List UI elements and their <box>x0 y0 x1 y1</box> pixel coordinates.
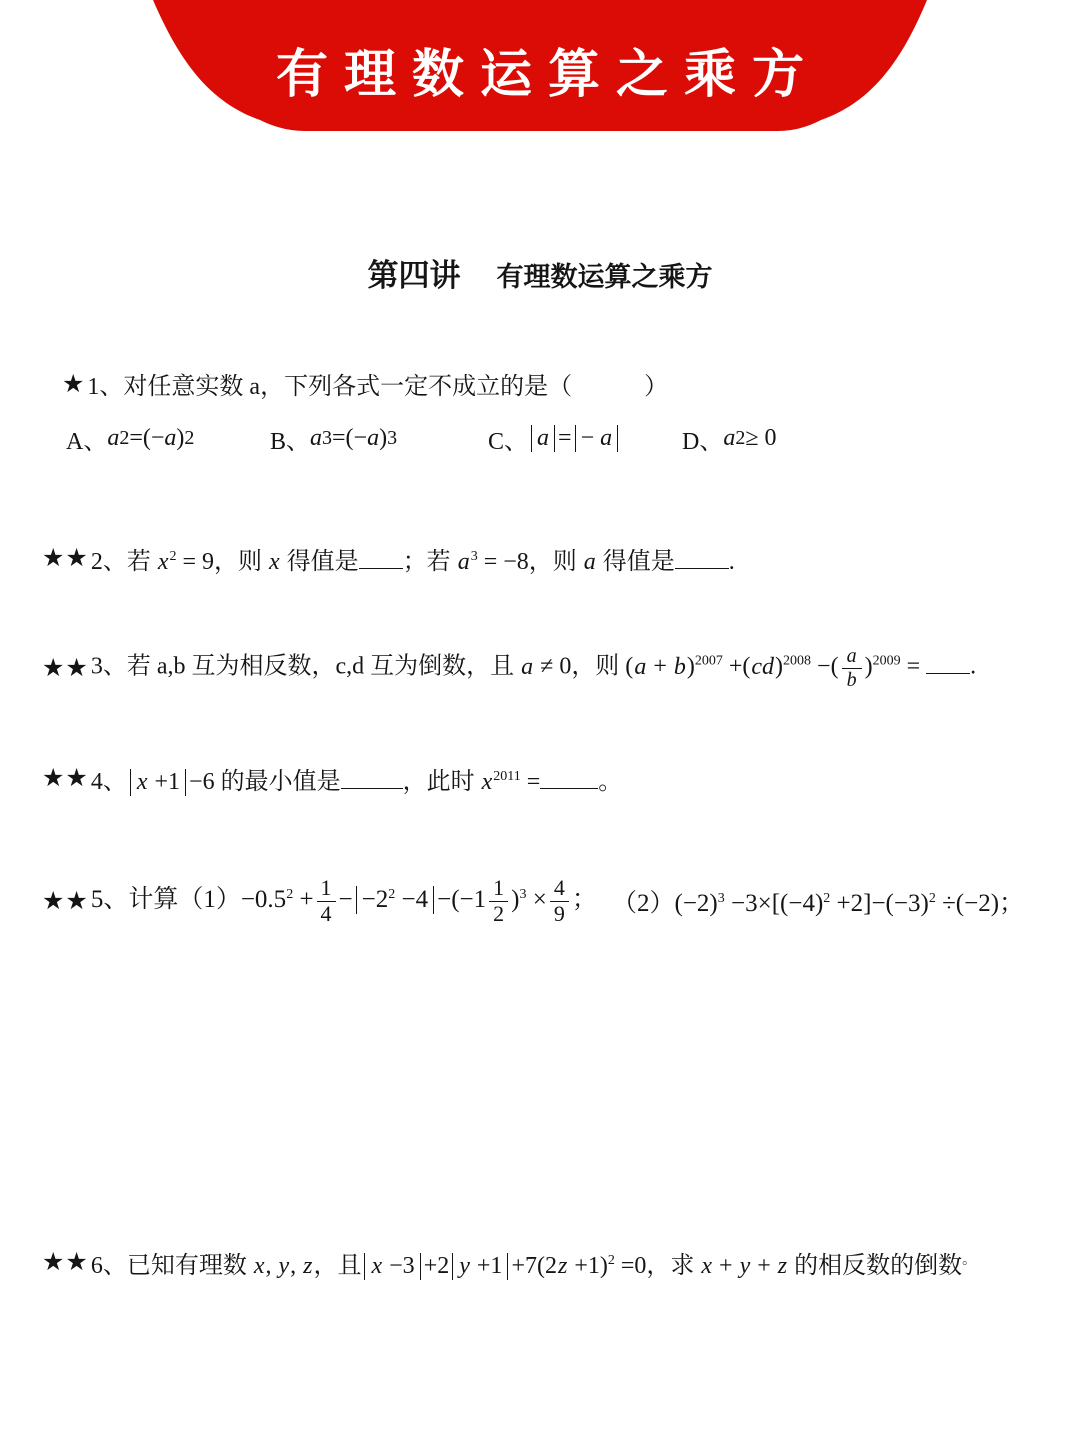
option-b: B、 a3 =(−a)3 <box>270 412 397 464</box>
question-1: ★ 1、对任意实数 a，下列各式一定不成立的是（ ） <box>62 366 668 401</box>
question-6: ★★ 6、已知有理数 x, y, z，且x −3+2y +1+7(2z +1)2… <box>42 1234 976 1290</box>
question-5-part-2: （2）(−2)3 −3×[(−4)2 +2]−(−3)2 ÷(−2)； <box>612 856 1024 946</box>
banner-title: 有理数运算之乘方 <box>0 32 1080 107</box>
question-3-stars: ★★ <box>42 653 89 683</box>
question-6-stars: ★★ <box>42 1247 89 1277</box>
lecture-number: 第四讲 <box>368 258 461 293</box>
question-4: ★★ 4、x +1−6 的最小值是，此时 x2011 =。 <box>42 754 622 802</box>
question-1-options: A、 a2 =(−a)2 B、 a3 =(−a)3 C、 a = − a D、 … <box>0 412 1080 464</box>
question-5-part-2-text: （2）(−2)3 −3×[(−4)2 +2]−(−3)2 ÷(−2)； <box>612 883 1024 919</box>
question-2-stars: ★★ <box>42 543 89 573</box>
worksheet-page: 有理数运算之乘方 第四讲有理数运算之乘方 ★ 1、对任意实数 a，下列各式一定不… <box>0 0 1080 1439</box>
lecture-title: 有理数运算之乘方 <box>497 262 713 292</box>
question-1-stars: ★ <box>62 369 85 399</box>
question-6-text: 6、已知有理数 x, y, z，且x −3+2y +1+7(2z +1)2 =0… <box>91 1245 976 1280</box>
question-3-text: 3、若 a,b 互为相反数，c,d 互为倒数，且 a ≠ 0，则 (a + b)… <box>91 645 976 691</box>
question-2-text: 2、若 x2 = 9，则 x 得值是；若 a3 = −8，则 a 得值是. <box>91 541 735 576</box>
question-5-part-1: ★★ 5、计算（1）−0.52 +14−−22 −4−(−112)3 ×49； <box>42 856 597 946</box>
option-a: A、 a2 =(−a)2 <box>66 412 194 464</box>
question-2: ★★ 2、若 x2 = 9，则 x 得值是；若 a3 = −8，则 a 得值是. <box>42 534 735 582</box>
question-4-text: 4、x +1−6 的最小值是，此时 x2011 =。 <box>91 761 622 796</box>
question-1-text: 1、对任意实数 a，下列各式一定不成立的是（ ） <box>87 366 668 401</box>
question-4-stars: ★★ <box>42 763 89 793</box>
banner: 有理数运算之乘方 <box>0 0 1080 140</box>
question-5-part-1-text: 5、计算（1）−0.52 +14−−22 −4−(−112)3 ×49； <box>91 876 597 926</box>
question-5-stars: ★★ <box>42 886 89 916</box>
question-5: ★★ 5、计算（1）−0.52 +14−−22 −4−(−112)3 ×49； … <box>0 856 1080 946</box>
option-d: D、 a2 ≥ 0 <box>682 412 777 464</box>
question-3: ★★ 3、若 a,b 互为相反数，c,d 互为倒数，且 a ≠ 0，则 (a +… <box>42 632 976 704</box>
lecture-heading: 第四讲有理数运算之乘方 <box>0 250 1080 295</box>
option-c: C、 a = − a <box>488 412 621 464</box>
